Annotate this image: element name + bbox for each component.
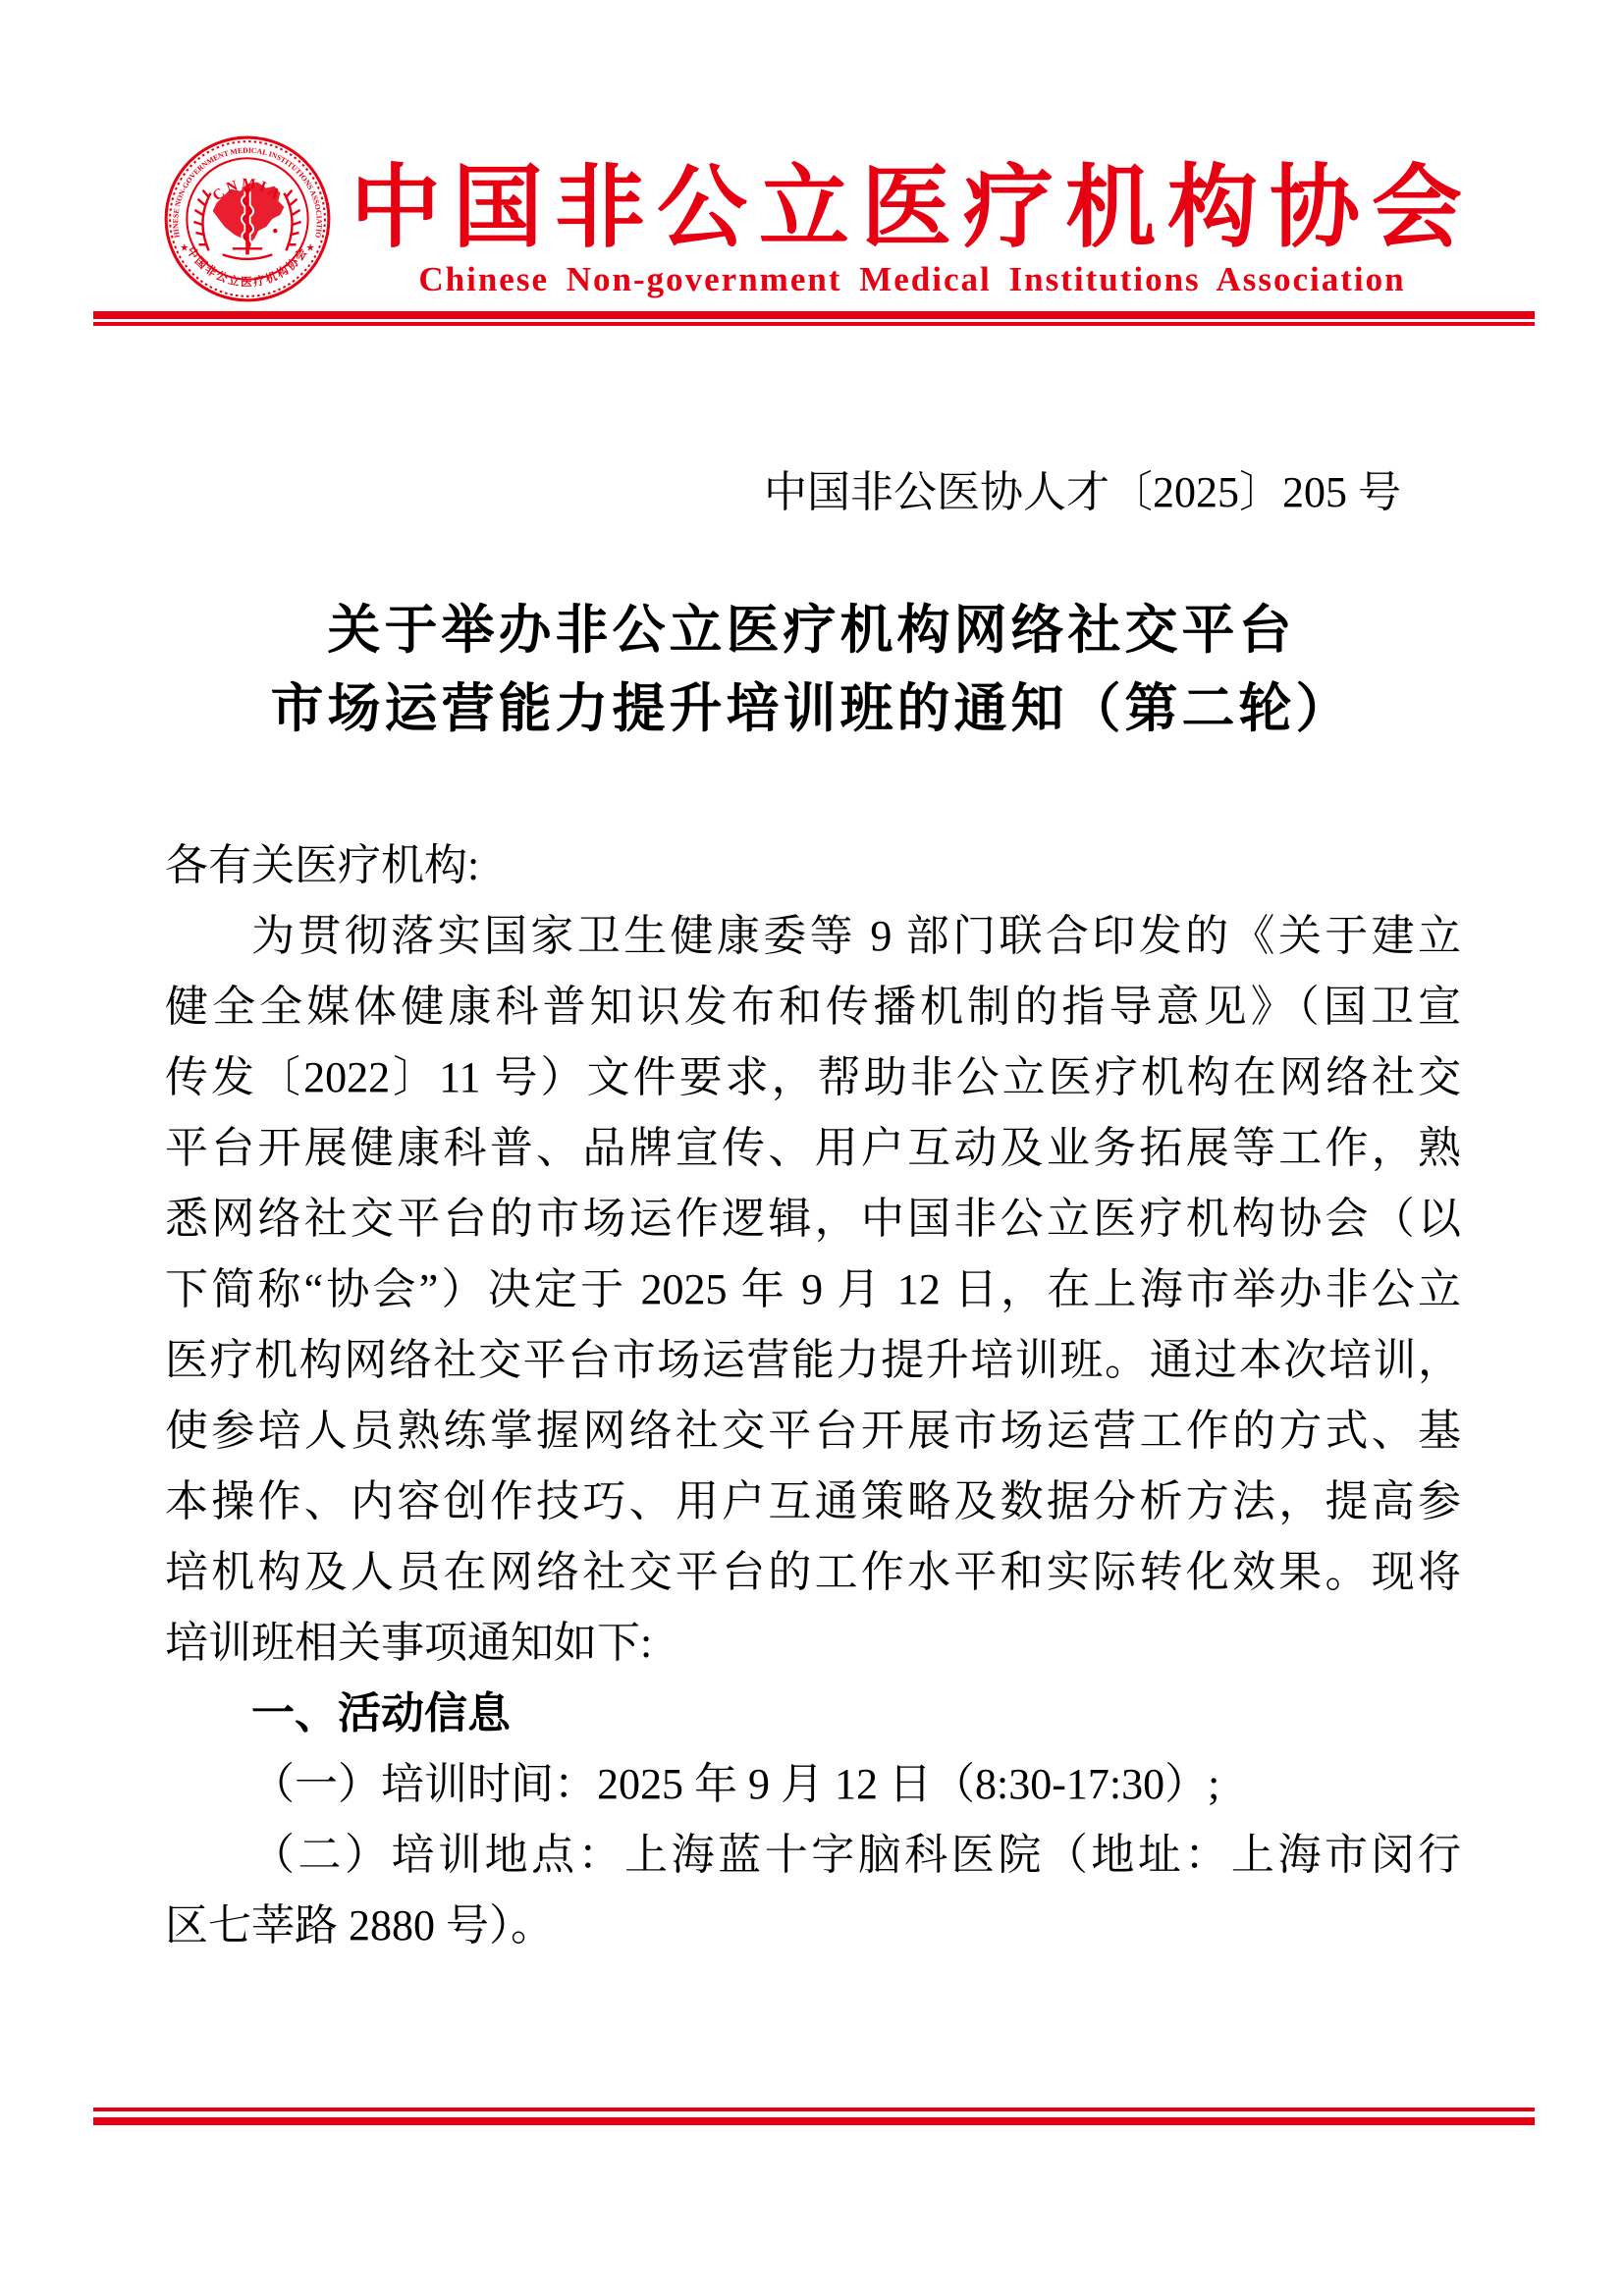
training-place-line: （二）培训地点：上海蓝十字脑科医院（地址：上海市闵行: [165, 1820, 1461, 1891]
document-title-line1: 关于举办非公立医疗机构网络社交平台: [0, 591, 1623, 669]
document-title-line2: 市场运营能力提升培训班的通知（第二轮）: [0, 669, 1623, 748]
training-time-line: （一）培训时间：2025 年 9 月 12 日（8:30-17:30）;: [165, 1749, 1461, 1820]
body-line: 平台开展健康科普、品牌宣传、用户互动及业务拓展等工作，熟: [165, 1113, 1461, 1184]
body-line: 培训班相关事项通知如下:: [165, 1608, 1461, 1679]
header-double-rule: [93, 311, 1535, 326]
org-name-cn: 中国非公立医疗机构协会: [334, 161, 1490, 255]
association-seal-logo: CHINESE NON-GOVERNMENT MEDICAL INSTITUTI…: [163, 132, 332, 312]
body-line: 医疗机构网络社交平台市场运营能力提升培训班。通过本次培训，: [165, 1325, 1461, 1396]
body-line: 为贯彻落实国家卫生健康委等 9 部门联合印发的《关于建立: [165, 901, 1461, 972]
asclepius-rod-icon: [243, 187, 250, 255]
seal-star-left-icon: ★: [180, 242, 189, 253]
document-title: 关于举办非公立医疗机构网络社交平台 市场运营能力提升培训班的通知（第二轮）: [0, 591, 1623, 748]
rule-thick: [93, 311, 1535, 319]
training-place-line2: 区七莘路 2880 号）。: [165, 1891, 1461, 1961]
section-heading: 一、活动信息: [165, 1679, 1461, 1749]
rule-thick: [93, 2117, 1535, 2125]
seal-icon: CHINESE NON-GOVERNMENT MEDICAL INSTITUTI…: [163, 132, 332, 312]
document-body: 各有关医疗机构: 为贯彻落实国家卫生健康委等 9 部门联合印发的《关于建立 健全…: [165, 830, 1461, 1961]
rule-thin: [93, 322, 1535, 326]
seal-star-right-icon: ★: [306, 242, 315, 253]
footer-double-rule: [93, 2108, 1535, 2125]
body-line: 传发〔2022〕11 号）文件要求，帮助非公立医疗机构在网络社交: [165, 1042, 1461, 1113]
body-line: 健全全媒体健康科普知识发布和传播机制的指导意见》（国卫宣: [165, 972, 1461, 1042]
document-number: 中国非公医协人才〔2025〕205 号: [0, 467, 1401, 518]
header-titles: 中国非公立医疗机构协会 Chinese Non-government Medic…: [334, 161, 1490, 298]
body-line: 悉网络社交平台的市场运作逻辑，中国非公立医疗机构协会（以: [165, 1184, 1461, 1255]
body-line: 下简称“协会”）决定于 2025 年 9 月 12 日，在上海市举办非公立: [165, 1255, 1461, 1325]
salutation-line: 各有关医疗机构:: [165, 830, 1461, 901]
body-line: 本操作、内容创作技巧、用户互通策略及数据分析方法，提高参: [165, 1467, 1461, 1537]
document-page: CHINESE NON-GOVERNMENT MEDICAL INSTITUTI…: [0, 0, 1623, 2296]
body-line: 培机构及人员在网络社交平台的工作水平和实际转化效果。现将: [165, 1537, 1461, 1608]
body-line: 使参培人员熟练掌握网络社交平台开展市场运营工作的方式、基: [165, 1396, 1461, 1467]
org-name-en: Chinese Non-government Medical Instituti…: [334, 261, 1490, 298]
